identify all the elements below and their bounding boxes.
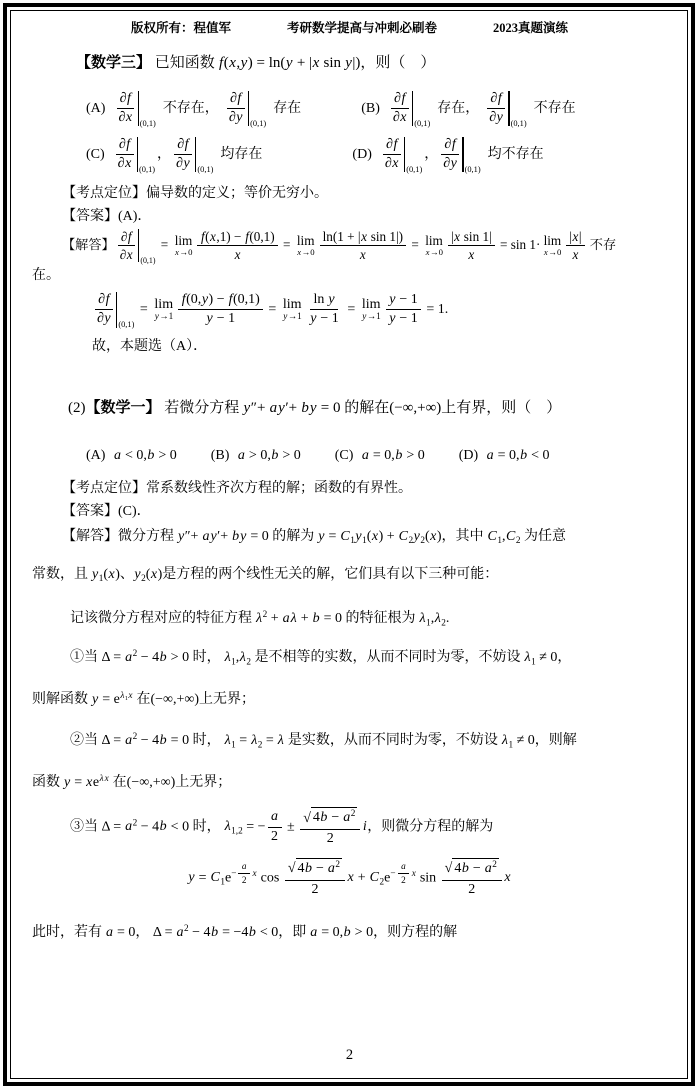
fraction-numerator: a	[268, 809, 282, 828]
text-run: −	[313, 861, 328, 876]
text-run: |)，则（ ）	[352, 55, 435, 71]
document-content: 版权所有：程值军 考研数学提高与冲刺必刷卷 2023真题演练 【数学三】 已知函…	[14, 12, 685, 1078]
text-run: − 1	[213, 311, 235, 326]
text-run: )是方程的两个线性无关的解，它们具有以下三种可能：	[158, 567, 499, 582]
q2-case-2b: 函数 y = xeλx 在(−∞,+∞)上无界；	[32, 772, 667, 793]
text-run: 在。	[32, 268, 60, 283]
fraction: f(0,y) − f(0,1)y − 1	[178, 292, 263, 328]
text-run: ln	[313, 292, 327, 307]
math-variable: b	[520, 448, 528, 463]
fraction-denominator: x	[569, 246, 582, 263]
fraction: √4b − a22	[442, 858, 502, 899]
fraction-numerator: ∂f	[227, 91, 245, 110]
text-run: (A)	[86, 448, 105, 463]
limit-word: lim	[544, 234, 562, 248]
text-run: ∂	[229, 110, 236, 125]
fraction-numerator: ∂f	[117, 91, 135, 110]
text-run: ) +	[379, 529, 399, 544]
text-run: 【考点定位】偏导数的定义；等价无穷小。	[62, 186, 328, 201]
text-run: cos	[257, 870, 283, 885]
q2-solution-line-1: 【解答】微分方程 y″+ ay′+ by = 0 的解为 y = C1y1(x)…	[62, 526, 667, 548]
math-variable: y	[64, 775, 71, 790]
text-run: ②当 Δ =	[70, 733, 125, 748]
text-run: < 0,	[121, 448, 146, 463]
math-variable: f	[126, 137, 131, 152]
fraction: ln(1 + |x sin 1|)x	[320, 229, 406, 263]
math-variable: f	[127, 229, 132, 244]
superscript: λx	[99, 773, 109, 783]
fraction: ln yy − 1	[307, 292, 342, 328]
math-variable: x	[126, 247, 133, 262]
text-run: = 0， Δ =	[114, 925, 177, 940]
text-run: ln(1 + |	[323, 229, 361, 244]
math-variable: x	[572, 247, 579, 262]
fraction-denominator: y − 1	[307, 310, 342, 328]
fraction-denominator: 2	[308, 881, 321, 899]
limit: limx→0	[425, 234, 443, 257]
fraction: ∂f∂x	[115, 137, 135, 173]
math-variable: x	[359, 247, 366, 262]
evaluation-bar: (0,1)	[137, 137, 155, 173]
math-variable: a	[106, 925, 114, 940]
text-run: 【解答】微分方程	[62, 529, 178, 544]
q1-solution-line-2: 在。	[32, 265, 667, 286]
text-run: (0,1)	[511, 119, 527, 128]
math-variable: f	[451, 137, 456, 152]
math-variable: f	[184, 137, 189, 152]
text-run: =	[280, 237, 294, 252]
radicand: 4b − a2	[311, 807, 358, 827]
q2-case-1a: ①当 Δ = a2 − 4b > 0 时， λ1,λ2 是不相等的实数，从而不同…	[70, 647, 667, 669]
fraction: a2	[398, 861, 410, 886]
text-run: ，	[157, 147, 171, 162]
text-run: = 0 的解为	[247, 529, 318, 544]
text-run: =	[136, 302, 151, 317]
text-run: 【考点定位】常系数线性齐次方程的解；函数的有界性。	[62, 481, 412, 496]
text-run: (B)	[361, 101, 380, 116]
evaluation-point: (0,1)	[249, 118, 266, 131]
limit-word: lim	[362, 298, 381, 313]
spacer	[479, 111, 484, 112]
fraction-numerator: ∂f	[174, 137, 192, 156]
text-run: ≠ 0，	[536, 650, 572, 665]
fraction-denominator: y − 1	[386, 310, 421, 328]
text-run: > 0	[279, 448, 301, 463]
math-variable: y	[92, 567, 99, 582]
text-run: 不存在，	[163, 101, 219, 116]
text-run: > 0	[403, 448, 425, 463]
text-run: +	[267, 611, 282, 626]
fraction-numerator: a	[398, 861, 410, 874]
math-variable: y	[389, 292, 396, 307]
math-variable: x	[234, 247, 241, 262]
text-run: + |	[293, 55, 312, 71]
radical-sign-icon: √	[445, 862, 453, 876]
q2-case-3-solution: y = C1e−a2x cos √4b − a22x + C2e−a2x sin…	[32, 858, 667, 899]
text-run: 存在，	[437, 101, 479, 116]
text-run: 2	[327, 831, 334, 846]
fraction-denominator: 2	[465, 881, 478, 899]
math-variable: y	[240, 55, 248, 71]
evaluation-point: (0,1)	[510, 118, 527, 131]
bold-tag: 【数学三】	[76, 55, 151, 71]
evaluation-point: (0,1)	[117, 319, 134, 332]
math-variable: y	[328, 292, 335, 307]
math-variable: y	[389, 311, 396, 326]
text-run: ″+	[185, 529, 202, 544]
square-root: √4b − a2	[288, 858, 342, 878]
text-run: > 0 时，	[167, 650, 224, 665]
text-run: − 1	[396, 292, 418, 307]
math-variable: b	[271, 448, 279, 463]
math-variable: f	[105, 292, 110, 307]
q1-keypoint: 【考点定位】偏导数的定义；等价无穷小。	[62, 183, 667, 204]
text-run: ′+	[217, 529, 231, 544]
math-variable: a	[310, 925, 318, 940]
math-variable: y	[240, 529, 247, 544]
text-run: ①当 Δ =	[70, 650, 125, 665]
math-variable: x	[371, 529, 378, 544]
radical-sign-icon: √	[288, 862, 296, 876]
fraction-denominator: x	[465, 246, 478, 263]
limit: limy→1	[283, 298, 302, 322]
math-variable: x	[400, 110, 407, 125]
text-run: =	[236, 733, 251, 748]
text-run: ∂	[393, 110, 400, 125]
text-run: 均存在	[220, 147, 262, 162]
text-run: 4	[313, 810, 320, 825]
bold-tag: 【数学一】	[86, 400, 161, 416]
fraction-numerator: ln y	[310, 292, 338, 311]
spacer	[177, 458, 211, 459]
math-variable: x	[572, 229, 579, 244]
limit: limx→0	[543, 234, 561, 257]
text-run: )，其中	[437, 529, 487, 544]
spacer	[301, 458, 335, 459]
text-run: 2	[468, 882, 475, 897]
evaluation-point: (0,1)	[464, 164, 481, 177]
text-run: ∂	[385, 156, 392, 171]
text-run: 2	[311, 882, 318, 897]
fraction-numerator: |x|	[566, 229, 584, 247]
text-run: (	[425, 529, 430, 544]
spacer	[372, 157, 380, 158]
math-variable: C	[398, 529, 408, 544]
fraction: √4b − a22	[285, 858, 345, 899]
fraction-numerator: |x sin 1|	[448, 229, 495, 247]
text-run: 2	[401, 875, 406, 885]
evaluation-bar: (0,1)	[195, 137, 213, 173]
fraction-denominator: ∂y	[94, 310, 114, 328]
limit-under: y→1	[362, 312, 381, 321]
math-variable: f	[393, 137, 398, 152]
fraction-denominator: ∂x	[117, 246, 136, 263]
limit-under: x→0	[297, 248, 315, 257]
q2-case-3a: ③当 Δ = a2 − 4b < 0 时， λ1,2 = −a2 ± √4b −…	[70, 807, 667, 848]
q2-answer: 【答案】(C)．	[62, 501, 667, 522]
radicand: 4b − a2	[296, 858, 343, 878]
math-variable: a	[343, 810, 351, 825]
math-variable: λ	[251, 733, 258, 748]
document-page: 版权所有：程值军 考研数学提高与冲刺必刷卷 2023真题演练 【数学三】 已知函…	[0, 0, 699, 1090]
math-variable: y	[496, 110, 503, 125]
text-run: (0,1)	[197, 165, 213, 174]
text-run: 函数	[32, 775, 64, 790]
text-run: →0	[302, 247, 315, 257]
text-run: sin 1|	[461, 229, 492, 244]
math-variable: x	[454, 229, 461, 244]
text-run: < 0	[528, 448, 550, 463]
evaluation-bar: (0,1)	[138, 229, 155, 263]
subscript: 1,2	[231, 826, 243, 836]
math-variable: x	[125, 110, 132, 125]
fraction: √4b − a22	[300, 807, 360, 848]
text-run: − 4	[189, 925, 211, 940]
text-run: 2	[335, 859, 340, 869]
math-variable: C	[487, 529, 497, 544]
math-variable: y	[318, 529, 325, 544]
evaluation-point: (0,1)	[413, 118, 430, 131]
q2-stem: (2)【数学一】 若微分方程 y″+ ay′+ by = 0 的解在(−∞,+∞…	[68, 397, 667, 420]
fraction-numerator: a	[238, 861, 250, 874]
text-run: = sin 1·	[497, 237, 541, 252]
fraction: a2	[238, 861, 250, 886]
q2-case-1b: 则解函数 y = eλ1x 在(−∞,+∞)上无界；	[32, 689, 667, 710]
text-run: = 0,	[369, 448, 394, 463]
q1-stem: 【数学三】 已知函数 f(x,y) = ln(y + |x sin y|)，则（…	[76, 52, 667, 75]
fraction-numerator: ∂f	[118, 229, 135, 247]
math-variable: a	[241, 861, 247, 871]
math-variable: f	[127, 91, 132, 106]
text-run: (0,1)	[414, 119, 430, 128]
text-run: ∂	[120, 91, 127, 106]
fraction-denominator: ∂x	[382, 155, 402, 173]
text-run: 不存	[587, 237, 617, 252]
math-variable: a	[176, 925, 184, 940]
fraction: ∂f∂y	[226, 91, 246, 127]
math-variable: x	[392, 156, 399, 171]
q2-final-line: 此时，若有 a = 0， Δ = a2 − 4b = −4b < 0，即 a =…	[32, 922, 667, 943]
math-variable: x	[430, 529, 437, 544]
text-run: (2)	[68, 400, 86, 416]
math-variable: f	[497, 91, 502, 106]
math-variable: b	[320, 810, 328, 825]
fraction-denominator: ∂y	[440, 155, 460, 173]
limit-word: lim	[297, 234, 315, 248]
text-run: 是实数，从而不同时为零，不妨设	[284, 733, 501, 748]
text-run: = 0 的解在(−∞,+∞)上有界，则（ ）	[317, 400, 561, 416]
math-variable: y	[450, 156, 457, 171]
text-run: = 0,	[494, 448, 519, 463]
q1-answer: 【答案】(A)．	[62, 206, 667, 227]
fraction-numerator: ∂f	[116, 137, 134, 156]
math-variable: C	[340, 529, 350, 544]
fraction-numerator: ∂f	[383, 137, 401, 156]
text-run: (0,1)	[118, 320, 134, 329]
spacer	[105, 111, 113, 112]
text-run: →0	[430, 247, 443, 257]
text-run: 存在	[273, 101, 301, 116]
fraction-denominator: ∂x	[115, 109, 135, 127]
text-run: =	[325, 529, 340, 544]
fraction-numerator: y − 1	[386, 292, 421, 311]
header-copyright: 版权所有：程值军	[131, 18, 231, 36]
math-variable: C	[506, 529, 516, 544]
math-variable: y	[236, 110, 243, 125]
text-run: 在(−∞,+∞)上无界；	[133, 692, 255, 707]
text-run: 是不相等的实数，从而不同时为零，不妨设	[251, 650, 524, 665]
math-variable: b	[395, 448, 403, 463]
fraction: ∂f∂x	[115, 91, 135, 127]
text-run: 为任意	[520, 529, 566, 544]
limit-under: y→1	[283, 312, 302, 321]
fraction: f(x,1) − f(0,1)x	[197, 229, 277, 263]
limit-under: x→0	[543, 248, 561, 257]
superscript: −a2x	[231, 868, 257, 878]
text-run: (B)	[211, 448, 230, 463]
fraction-numerator: √4b − a2	[285, 858, 345, 881]
text-run: ,1) −	[216, 229, 244, 244]
square-root: √4b − a2	[303, 807, 357, 827]
evaluation-bar: (0,1)	[508, 91, 526, 127]
text-run: 若微分方程	[161, 400, 244, 416]
math-variable: b	[232, 529, 240, 544]
evaluation-point: (0,1)	[405, 164, 422, 177]
text-run: 2	[242, 875, 247, 885]
text-run: −	[328, 810, 343, 825]
text-run: > 0，则方程的解	[351, 925, 457, 940]
text-run: 2	[271, 829, 278, 844]
evaluation-point: (0,1)	[139, 118, 156, 131]
fraction-numerator: ln(1 + |x sin 1|)	[320, 229, 406, 247]
spacer	[262, 157, 352, 158]
text-run: < 0 时，	[167, 819, 224, 834]
evaluation-bar: (0,1)	[462, 137, 480, 173]
text-run: − 4	[137, 819, 159, 834]
math-variable: λ	[256, 611, 263, 626]
text-run: > 0,	[245, 448, 270, 463]
math-variable: b	[211, 925, 219, 940]
text-run: = 0 的特征根为	[320, 611, 419, 626]
math-variable: a	[125, 819, 133, 834]
math-variable: a	[401, 861, 407, 871]
text-run: .	[446, 611, 450, 626]
spacer	[478, 458, 486, 459]
text-run: (D)	[459, 448, 478, 463]
fraction: ∂f∂x	[390, 91, 410, 127]
math-variable: a	[125, 733, 133, 748]
spacer	[380, 111, 388, 112]
text-run: 不存在	[534, 101, 576, 116]
fraction-denominator: ∂x	[115, 155, 135, 173]
text-run: (0,1)	[140, 119, 156, 128]
text-run: sin	[416, 870, 439, 885]
text-run: = 1.	[423, 302, 448, 317]
fraction-numerator: ∂f	[441, 137, 459, 156]
math-variable: b	[159, 733, 167, 748]
text-run: =	[71, 775, 86, 790]
text-run: =	[408, 237, 422, 252]
evaluation-bar: (0,1)	[138, 91, 156, 127]
q1-solution-line-3: ∂f∂y(0,1) = limy→1f(0,y) − f(0,1)y − 1 =…	[92, 292, 667, 328]
fraction: ∂f∂y	[440, 137, 460, 173]
q2-keypoint: 【考点定位】常系数线性齐次方程的解；函数的有界性。	[62, 478, 667, 499]
math-variable: x	[312, 55, 320, 71]
fraction-denominator: ∂y	[486, 109, 506, 127]
text-run: →0	[179, 247, 192, 257]
text-run: =	[262, 733, 277, 748]
math-variable: y	[178, 529, 185, 544]
math-variable: a	[202, 529, 210, 544]
header-edition: 2023真题演练	[493, 18, 568, 36]
fraction-denominator: 2	[398, 874, 409, 886]
fraction-denominator: 2	[324, 830, 337, 848]
math-variable: y	[104, 311, 111, 326]
text-run: →1	[288, 311, 302, 321]
math-variable: b	[312, 611, 320, 626]
limit-under: x→0	[425, 248, 443, 257]
text-run: ，	[424, 147, 438, 162]
fraction-numerator: f(x,1) − f(0,1)	[197, 229, 277, 247]
limit: limx→0	[297, 234, 315, 257]
math-variable: y	[355, 529, 362, 544]
page-header: 版权所有：程值军 考研数学提高与冲刺必刷卷 2023真题演练	[32, 18, 667, 36]
fraction-denominator: x	[356, 246, 369, 263]
q2-case-2a: ②当 Δ = a2 − 4b = 0 时， λ1 = λ2 = λ 是实数，从而…	[70, 730, 667, 752]
text-run: sin	[320, 55, 345, 71]
fraction: ∂f∂y	[486, 91, 506, 127]
text-run: (0,1)	[139, 165, 155, 174]
text-run: (0,	[186, 292, 201, 307]
fraction: ∂f∂x	[382, 137, 402, 173]
math-variable: y	[310, 311, 317, 326]
math-variable: x	[504, 870, 511, 885]
math-variable: a	[282, 611, 290, 626]
fraction: |x|x	[566, 229, 584, 263]
math-variable: a	[271, 809, 279, 824]
math-variable: b	[147, 448, 155, 463]
q2-options-row: (A)a < 0,b > 0(B)a > 0,b > 0(C)a = 0,b >…	[86, 445, 667, 466]
limit: limy→1	[154, 298, 173, 322]
text-run: ″+	[251, 400, 269, 416]
text-run: 在(−∞,+∞)上无界；	[109, 775, 231, 790]
text-run: (0,1)	[465, 165, 481, 174]
fraction-numerator: √4b − a2	[442, 858, 502, 881]
math-variable: b	[305, 861, 313, 876]
evaluation-bar: (0,1)	[248, 91, 266, 127]
fraction: ∂f∂x	[117, 229, 136, 263]
superscript: 2	[492, 859, 497, 869]
spacer	[301, 111, 361, 112]
math-variable: C	[210, 870, 220, 885]
text-run: − 1	[396, 311, 418, 326]
superscript: 2	[335, 859, 340, 869]
math-variable: a	[269, 400, 278, 416]
text-run: = 0,	[318, 925, 343, 940]
fraction-numerator: √4b − a2	[300, 807, 360, 830]
limit: limy→1	[362, 298, 381, 322]
math-variable: x	[86, 775, 93, 790]
q1-options-row-1: (A)∂f∂x(0,1)不存在，∂f∂y(0,1)存在(B)∂f∂x(0,1)存…	[86, 91, 667, 127]
text-run: ) −	[209, 292, 229, 307]
text-run: ∂	[176, 156, 183, 171]
text-run: − 4	[137, 733, 159, 748]
text-run: +	[297, 611, 312, 626]
text-run: = −	[243, 819, 266, 834]
math-variable: x	[125, 156, 132, 171]
text-run: (0,1)	[249, 229, 274, 244]
evaluation-bar: (0,1)	[116, 292, 134, 328]
